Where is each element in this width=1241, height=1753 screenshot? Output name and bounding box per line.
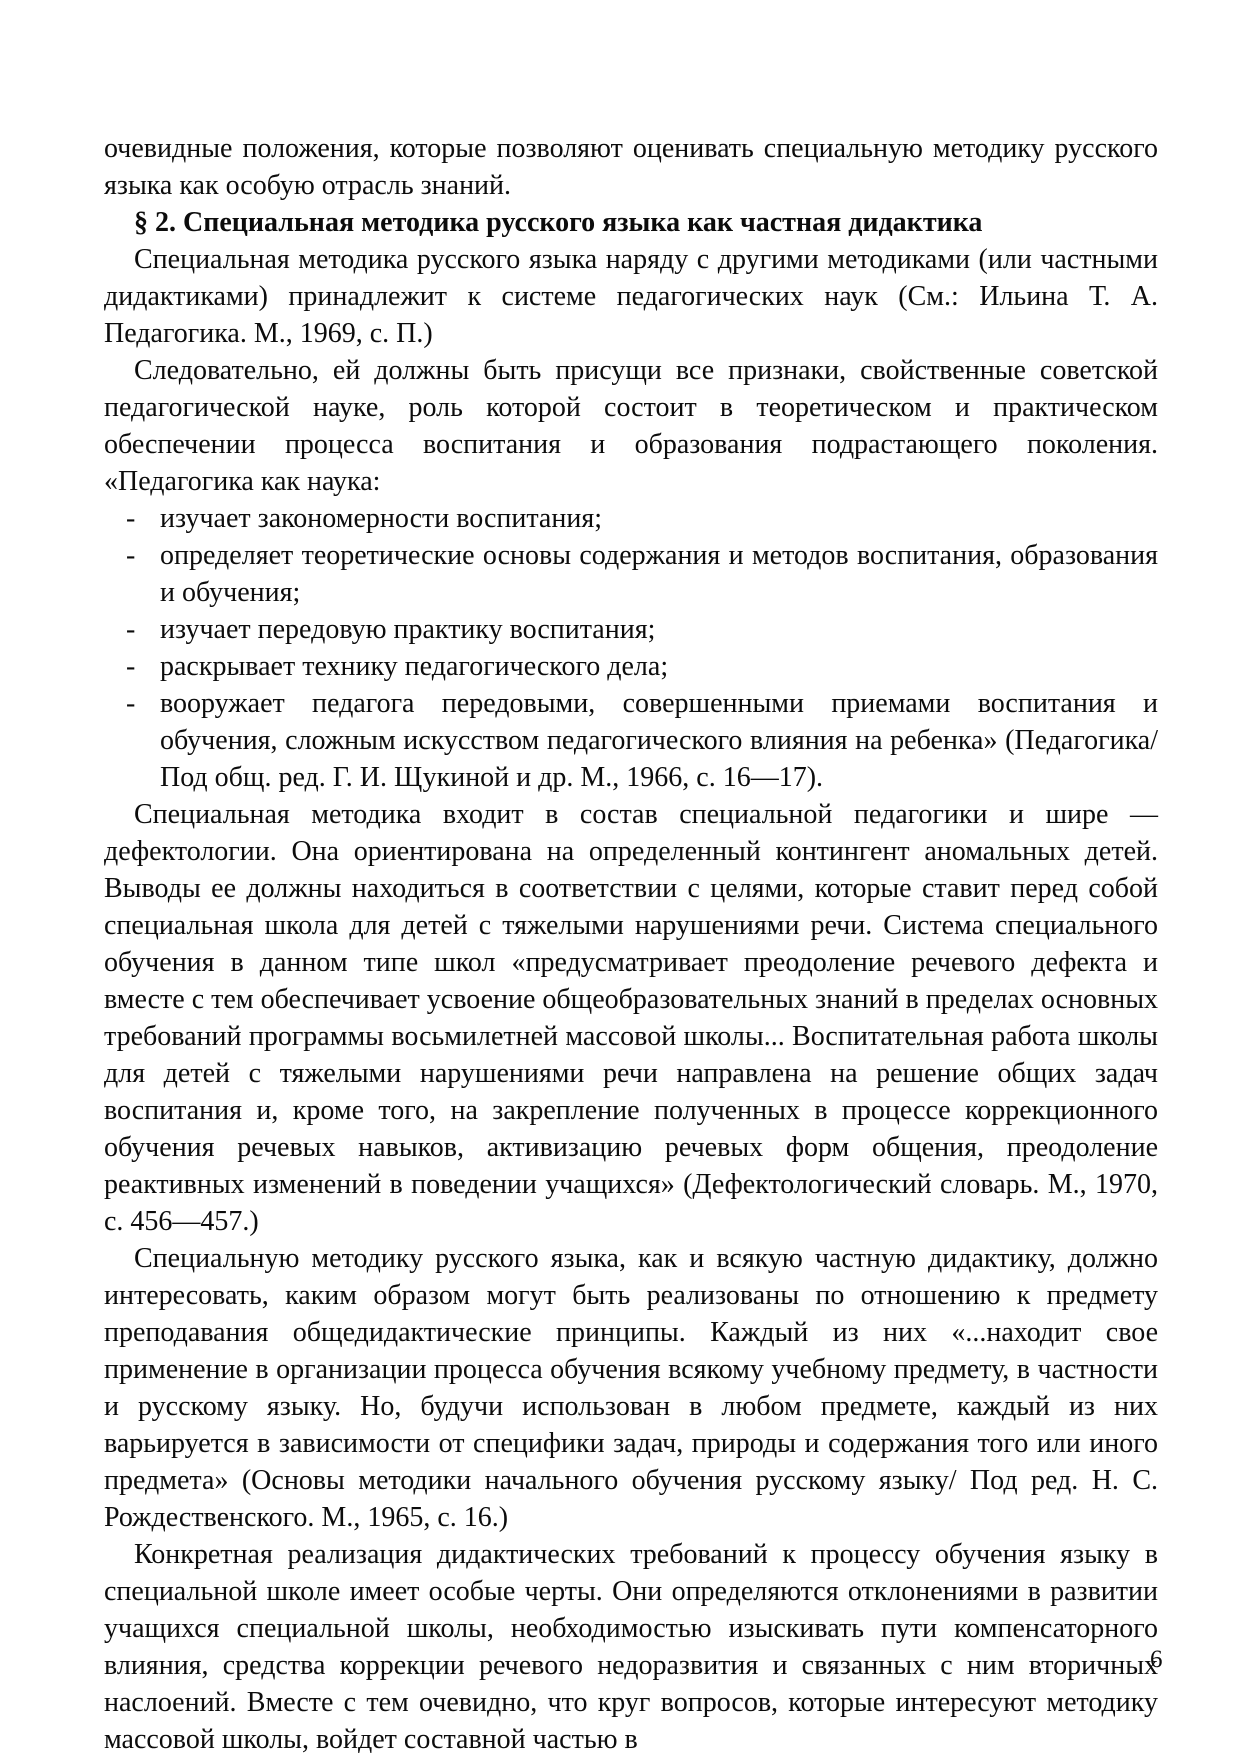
dash-marker: -: [126, 648, 135, 685]
list-item: - раскрывает технику педагогического дел…: [104, 648, 1158, 685]
section-heading: § 2. Специальная методика русского языка…: [104, 204, 1158, 241]
list-item: - изучает передовую практику воспитания;: [104, 611, 1158, 648]
list-item: - вооружает педагога передовыми, соверше…: [104, 685, 1158, 796]
list-item-text: вооружает педагога передовыми, совершенн…: [160, 688, 1158, 793]
paragraph-pedagogy-science: Следовательно, ей должны быть присущи вс…: [104, 352, 1158, 500]
intro-paragraph: очевидные положения, которые позволяют о…: [104, 130, 1158, 204]
document-page: очевидные положения, которые позволяют о…: [0, 0, 1241, 1753]
list-item: - определяет теоретические основы содерж…: [104, 537, 1158, 611]
dash-marker: -: [126, 500, 135, 537]
dash-marker: -: [126, 685, 135, 722]
dash-marker: -: [126, 537, 135, 574]
list-item-text: изучает закономерности воспитания;: [160, 503, 602, 534]
list-item-text: изучает передовую практику воспитания;: [160, 614, 655, 645]
list-item: - изучает закономерности воспитания;: [104, 500, 1158, 537]
paragraph-concrete-realization: Конкретная реализация дидактических треб…: [104, 1536, 1158, 1753]
paragraph-didactic-principles: Специальную методику русского языка, как…: [104, 1240, 1158, 1536]
list-item-text: определяет теоретические основы содержан…: [160, 540, 1158, 608]
pedagogy-functions-list: - изучает закономерности воспитания; - о…: [104, 500, 1158, 796]
page-text-block: очевидные положения, которые позволяют о…: [104, 130, 1158, 1753]
page-number: 6: [1150, 1645, 1163, 1675]
dash-marker: -: [126, 611, 135, 648]
list-item-text: раскрывает технику педагогического дела;: [160, 651, 668, 682]
paragraph-defectology: Специальная методика входит в состав спе…: [104, 796, 1158, 1240]
paragraph-special-methodology: Специальная методика русского языка наря…: [104, 241, 1158, 352]
